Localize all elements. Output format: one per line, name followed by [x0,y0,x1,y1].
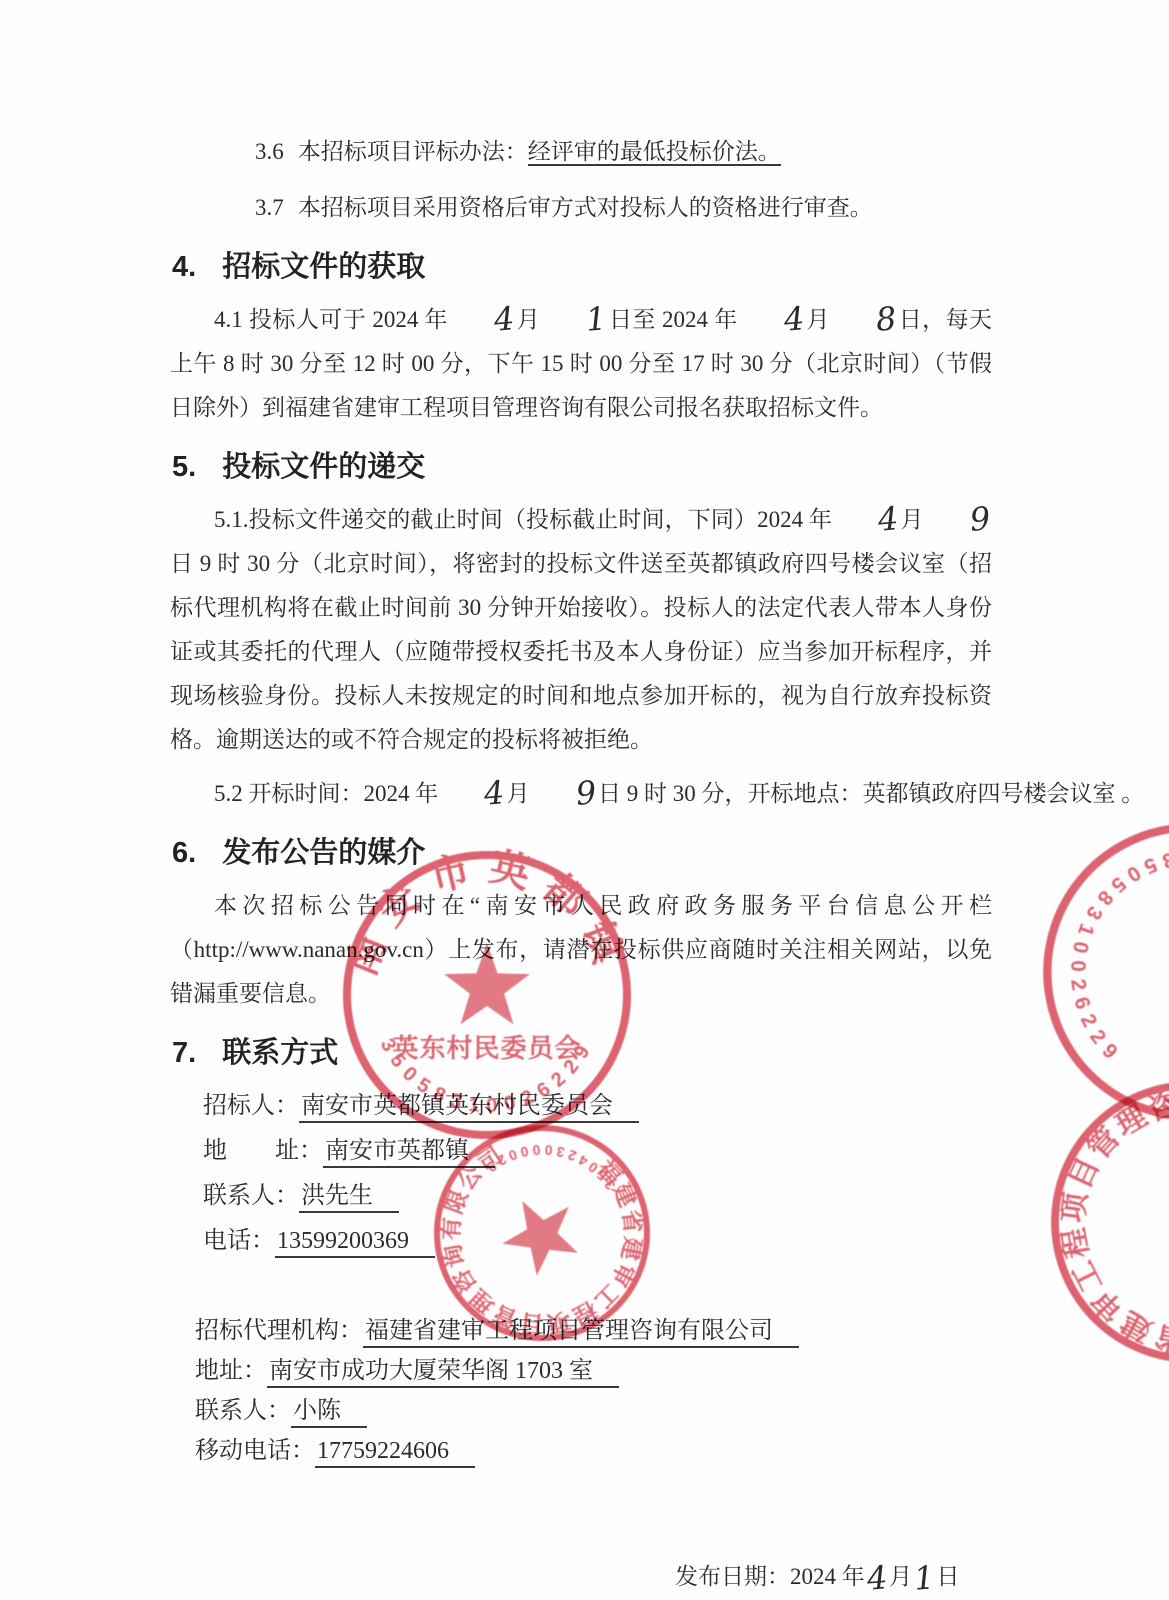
clause-text: 本招标项目采用资格后审方式对投标人的资格进行审查。 [298,195,873,220]
section-number: 5. [172,446,196,488]
agency-address-row: 地址：南安市成功大厦荣华阁 1703 室 [195,1357,992,1385]
agency-address: 南安市成功大厦荣华阁 1703 室 [267,1358,619,1388]
section-title: 招标文件的获取 [222,246,425,288]
paragraph-5-1: 5.1.投标文件递交的截止时间（投标截止时间，下同）2024 年4月9日 9 时… [170,498,992,762]
paragraph-text: 月 [806,307,830,332]
paragraph-text: 月 [516,307,540,332]
section-title: 联系方式 [222,1032,338,1074]
section-5-heading: 5. 投标文件的递交 [172,446,992,488]
field-label: 地址： [195,1358,267,1384]
field-label: 联系人： [203,1183,299,1209]
publish-date-line: 发布日期：2024 年4月1日 [675,1562,992,1594]
paragraph-4-1: 4.1 投标人可于 2024 年4月1日至 2024 年4月8日，每天上午 8 … [170,298,992,430]
section-number: 6. [172,832,196,874]
tenderer-contact-person: 洪先生 [299,1183,399,1213]
paragraph-text: 4.1 投标人可于 2024 年 [214,307,448,332]
publish-date-text: 发布日期：2024 年 [675,1564,865,1589]
clause-3-7: 3.7本招标项目采用资格后审方式对投标人的资格进行审查。 [255,186,992,230]
paragraph-text: 月 [507,781,530,806]
star-icon [444,943,530,1024]
paragraph-5-2: 5.2 开标时间：2024 年4月9日 9 时 30 分，开标地点：英都镇政府四… [170,772,992,816]
agency-mobile-row: 移动电话：17759224606 [195,1437,992,1465]
paragraph-text: 5.1.投标文件递交的截止时间（投标截止时间，下同）2024 年 [214,507,832,532]
handwritten-digit: 4 [863,1561,890,1595]
field-label: 联系人： [195,1398,291,1424]
paragraph-text: 日 9 时 30 分，开标地点：英都镇政府四号楼会议室 。 [598,781,1144,806]
field-label: 移动电话： [195,1438,315,1464]
seal-ring-text: 福建省建审工程项目管理咨询有限公司 [1013,1043,1169,1391]
publish-date-text: 日 [936,1564,959,1589]
agency-seal: 福建省建审工程项目管理咨询有限公司 350423000029 [414,1105,670,1361]
field-label: 招标代理机构： [195,1318,363,1344]
handwritten-digit: 1 [911,1561,938,1595]
handwritten-digit: 4 [447,302,518,340]
handwritten-digit: 4 [437,776,508,814]
agency-contact-person: 小陈 [291,1398,367,1428]
clause-3-6: 3.6本招标项目评标办法：经评审的最低投标价法。 [255,130,992,174]
publish-date-text: 月 [889,1564,912,1589]
clause-underlined-text: 经评审的最低投标价法。 [528,139,781,166]
handwritten-digit: 1 [539,302,610,340]
handwritten-digit: 8 [829,302,900,340]
handwritten-digit: 4 [831,502,902,540]
field-label: 招标人： [203,1093,299,1119]
section-title: 投标文件的递交 [222,446,425,488]
field-label: 电话： [203,1228,275,1254]
handwritten-digit: 9 [528,776,599,814]
document-page: 3.6本招标项目评标办法：经评审的最低投标价法。 3.7本招标项目采用资格后审方… [0,0,1169,1600]
section-number: 4. [172,246,196,288]
clause-text: 本招标项目评标办法： [298,139,528,164]
paragraph-text: 日 9 时 30 分（北京时间），将密封的投标文件送至英都镇政府四号楼会议室（招… [170,551,992,752]
section-4-heading: 4. 招标文件的获取 [172,246,992,288]
tenderer-phone: 13599200369 [275,1228,435,1258]
clause-number: 3.7 [255,195,284,220]
section-number: 7. [172,1032,196,1074]
village-committee-seal: 南安市英都镇 英东村民委员会 35058310026229 [337,845,637,1145]
star-icon [499,1199,583,1280]
agency-contact-person-row: 联系人：小陈 [195,1397,992,1425]
handwritten-digit: 4 [736,302,807,340]
paragraph-text: 日至 2024 年 [609,307,738,332]
field-label: 地 址： [203,1138,323,1164]
seal-center-text: 英东村民委员会 [392,1033,581,1063]
paragraph-text: 月 [900,507,923,532]
paragraph-text: 5.2 开标时间：2024 年 [214,781,438,806]
agency-mobile: 17759224606 [315,1438,475,1468]
clause-number: 3.6 [255,139,284,164]
handwritten-digit: 9 [922,502,993,540]
